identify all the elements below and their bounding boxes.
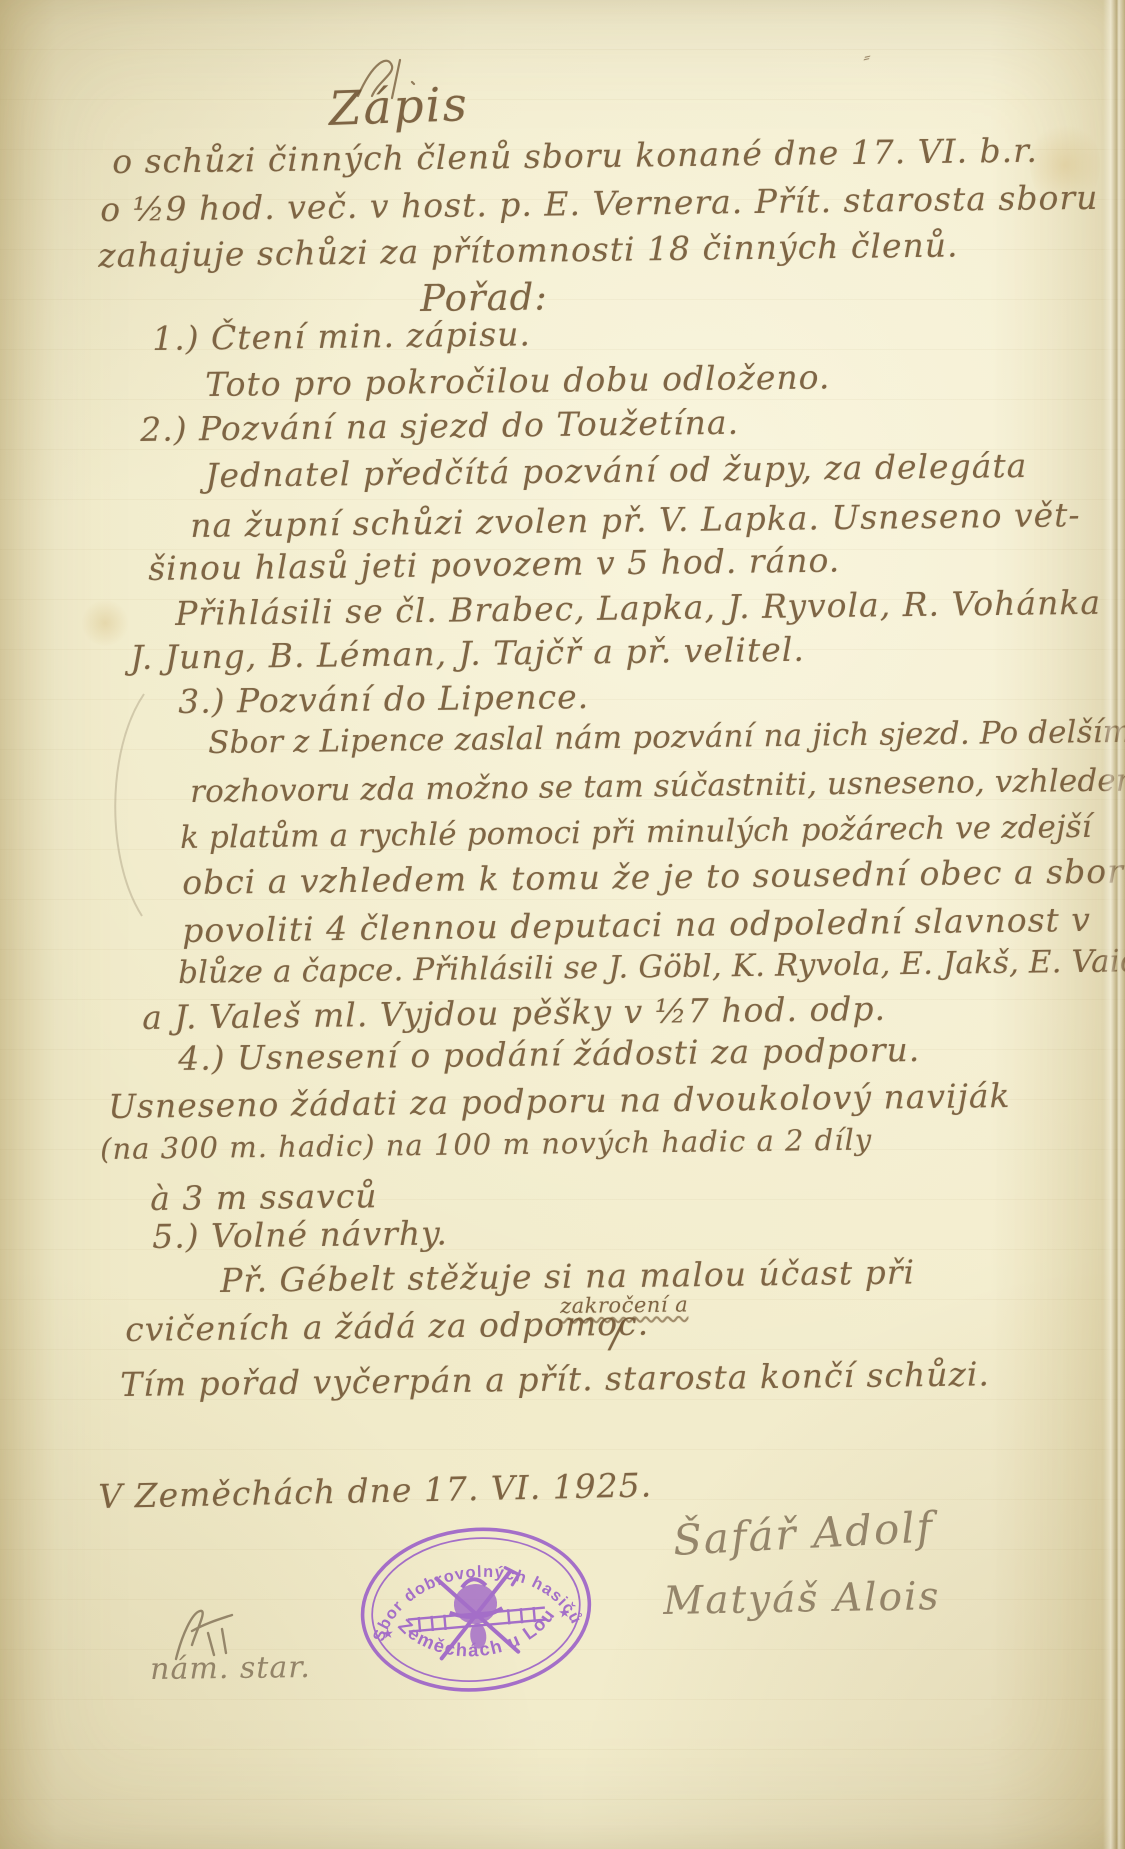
stamp-graphic: Sbor dobrovolných hasičů v Zeměchách u L… (331, 1512, 621, 1707)
manuscript-line: à 3 m ssavců (150, 1179, 378, 1215)
manuscript-line: 4.) Usnesení o podání žádosti za podporu… (178, 1033, 920, 1075)
manuscript-line: Toto pro pokročilou dobu odloženo. (205, 360, 831, 401)
manuscript-line: a J. Valeš ml. Vyjdou pěšky v ½7 hod. od… (142, 992, 886, 1034)
manuscript-line: blůze a čapce. Přihlásili se J. Göbl, K.… (178, 946, 1125, 989)
manuscript-line: (na 300 m. hadic) na 100 m nových hadic … (100, 1126, 872, 1164)
paper-stain (80, 600, 130, 646)
manuscript-line: 2.) Pozvání na sjezd do Toužetína. (140, 406, 739, 446)
closing-line: Tím pořad vyčerpán a přít. starosta konč… (120, 1357, 990, 1401)
manuscript-line: o ½9 hod. več. v host. p. E. Vernera. Př… (100, 181, 1099, 226)
page-edge (1103, 0, 1125, 1849)
manuscript-line: Př. Gébelt stěžuje si na malou účast při (220, 1256, 915, 1297)
organization-stamp: Sbor dobrovolných hasičů v Zeměchách u L… (331, 1512, 621, 1707)
manuscript-line: J. Jung, B. Léman, J. Tajčř a př. velite… (130, 633, 805, 674)
manuscript-line: cvičeních a žádá za odpomoc. (125, 1307, 649, 1346)
stamp-left-star-icon: ★ (381, 1626, 395, 1643)
manuscript-line: 5.) Volné návrhy. (152, 1216, 448, 1253)
manuscript-line: Sbor z Lipence zaslal nám pozvání na jic… (208, 717, 1125, 759)
manuscript-line: zahajuje schůzi za přítomnosti 18 činnýc… (98, 228, 959, 272)
manuscript-line: Přihlásili se čl. Brabec, Lapka, J. Ryvo… (175, 586, 1101, 630)
manuscript-line: rozhovoru zda možno se tam súčastniti, u… (190, 765, 1125, 808)
agenda-heading: Pořad: (420, 278, 548, 317)
signature-secretary: Matyáš Alois (663, 1577, 941, 1621)
stray-pen-mark: ⸗ (862, 48, 872, 67)
left-role-note: nám. star. (150, 1653, 311, 1685)
pencil-arc-mark (104, 690, 154, 920)
manuscript-line: povoliti 4 člennou deputaci na odpolední… (182, 903, 1091, 947)
manuscript-line: obci a vzhledem k tomu že je to sousední… (182, 854, 1124, 899)
manuscript-line: o schůzi činných členů sboru konané dne … (112, 134, 1038, 178)
page-title: Zápis (328, 81, 469, 133)
manuscript-line: k platům a rychlé pomoci při minulých po… (180, 812, 1092, 854)
manuscript-line: Usneseno žádati za podporu na dvoukolový… (108, 1079, 1011, 1123)
signature-chairman: Šafář Adolf (672, 1506, 935, 1562)
manuscript-line: šinou hlasů jeti povozem v 5 hod. ráno. (148, 544, 840, 585)
manuscript-line: na župní schůzi zvolen př. V. Lapka. Usn… (190, 498, 1081, 542)
manuscript-page: ⸗ Zápis o schůzi činných členů sboru kon… (0, 0, 1125, 1849)
date-place-line: V Zeměchách dne 17. VI. 1925. (98, 1468, 653, 1513)
manuscript-line: 1.) Čtení min. zápisu. (152, 317, 531, 355)
manuscript-line: Jednatel předčítá pozvání od župy, za de… (205, 449, 1028, 492)
manuscript-line: 3.) Pozvání do Lipence. (178, 680, 589, 718)
stamp-right-star-icon: ★ (558, 1605, 572, 1622)
